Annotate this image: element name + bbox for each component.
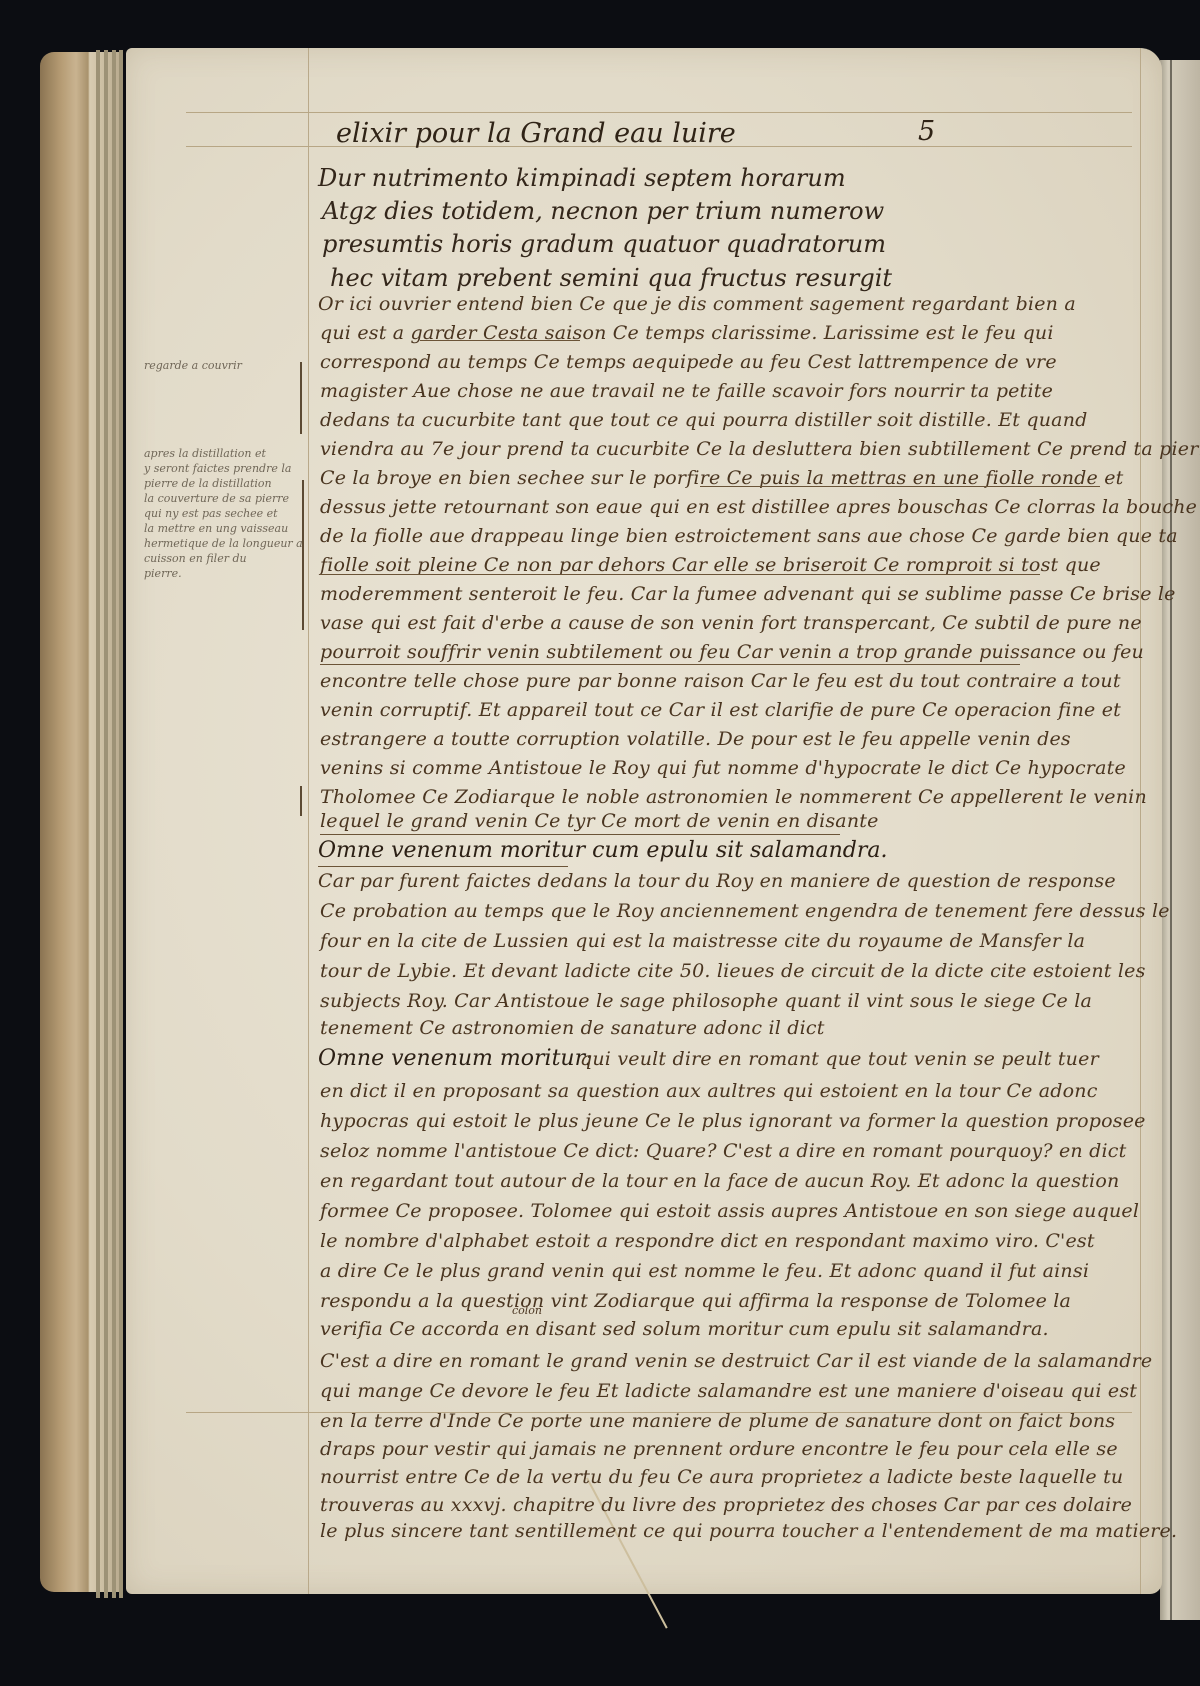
text-line: Ce probation au temps que le Roy ancienn… — [320, 900, 1170, 922]
text-line: le nombre d'alphabet estoit a respondre … — [320, 1230, 1095, 1252]
text-line: subjects Roy. Car Antistoue le sage phil… — [320, 990, 1092, 1012]
margin-note: hermetique de la longueur a — [144, 536, 303, 551]
text-line: pourroit souffrir venin subtilement ou f… — [320, 641, 1144, 663]
text-line: lequel le grand venin Ce tyr Ce mort de … — [320, 810, 879, 832]
ink-underline — [700, 486, 1100, 487]
text-line: trouveras au xxxvj. chapitre du livre de… — [320, 1494, 1132, 1516]
text-line: dedans ta cucurbite tant que tout ce qui… — [320, 409, 1088, 431]
margin-bracket — [302, 480, 310, 630]
text-line: viendra au 7e jour prend ta cucurbite Ce… — [320, 438, 1200, 460]
text-line: a dire Ce le plus grand venin qui est no… — [320, 1260, 1089, 1282]
ink-underline — [318, 866, 568, 867]
leaf-edge — [104, 50, 108, 1598]
text-line: nourrist entre Ce de la vertu du feu Ce … — [320, 1466, 1123, 1488]
ink-underline — [420, 340, 580, 341]
text-line: draps pour vestir qui jamais ne prennent… — [320, 1438, 1118, 1460]
verse-line: presumtis horis gradum quatuor quadrator… — [322, 230, 886, 258]
text-line: de la fiolle aue drappeau linge bien est… — [320, 525, 1178, 547]
text-line: venins si comme Antistoue le Roy qui fut… — [320, 757, 1126, 779]
margin-note: y seront faictes prendre la — [144, 461, 291, 476]
text-line: vase qui est fait d'erbe a cause de son … — [320, 612, 1142, 634]
text-line: magister Aue chose ne aue travail ne te … — [320, 380, 1053, 402]
text-line: correspond au temps Ce temps aequipede a… — [320, 351, 1057, 373]
ink-underline — [320, 574, 1040, 575]
left-margin-rule — [308, 48, 309, 1594]
text-line: dessus jette retournant son eaue qui en … — [320, 496, 1197, 518]
text-line: C'est a dire en romant le grand venin se… — [320, 1350, 1152, 1372]
latin-maxim: Omne venenum moritur cum epulu sit salam… — [318, 838, 887, 863]
margin-note: la mettre en ung vaisseau — [144, 521, 288, 536]
text-line: qui veult dire en romant que tout venin … — [580, 1048, 1099, 1070]
text-line: Or ici ouvrier entend bien Ce que je dis… — [318, 293, 1076, 315]
margin-note: la couverture de sa pierre — [144, 491, 289, 506]
leaf-edge — [119, 50, 123, 1598]
text-line: en regardant tout autour de la tour en l… — [320, 1170, 1119, 1192]
margin-note: qui ny est pas sechee et — [144, 506, 278, 521]
text-line: le plus sincere tant sentillement ce qui… — [320, 1520, 1177, 1542]
text-line: tenement Ce astronomien de sanature adon… — [320, 1017, 825, 1039]
ink-underline — [320, 664, 1020, 665]
text-line: verifia Ce accorda en disant sed solum m… — [320, 1318, 1049, 1340]
text-line: qui mange Ce devore le feu Et ladicte sa… — [320, 1380, 1137, 1402]
margin-note: apres la distillation et — [144, 446, 266, 461]
leaf-edge — [96, 50, 100, 1598]
text-line: fiolle soit pleine Ce non par dehors Car… — [320, 554, 1101, 576]
text-line: venin corruptif. Et appareil tout ce Car… — [320, 699, 1121, 721]
verse-line: hec vitam prebent semini qua fructus res… — [330, 264, 892, 292]
text-line: seloz nomme l'antistoue Ce dict: Quare? … — [320, 1140, 1126, 1162]
margin-note: pierre. — [144, 566, 182, 581]
leaf-edge — [112, 50, 116, 1598]
page-heading: elixir pour la Grand eau luire — [336, 118, 736, 149]
ink-underline — [320, 834, 840, 835]
verse-line: Dur nutrimento kimpinadi septem horarum — [318, 164, 846, 192]
verse-line: Atgz dies totidem, necnon per trium nume… — [322, 197, 884, 225]
text-line: estrangere a toutte corruption volatille… — [320, 728, 1071, 750]
margin-bracket — [300, 786, 308, 816]
page-number: 5 — [918, 116, 935, 147]
text-line: en dict il en proposant sa question aux … — [320, 1080, 1098, 1102]
text-line: encontre telle chose pure par bonne rais… — [320, 670, 1121, 692]
text-line: tour de Lybie. Et devant ladicte cite 50… — [320, 960, 1146, 982]
latin-maxim: Omne venenum moritur: — [318, 1046, 593, 1071]
text-line: moderemment senteroit le feu. Car la fum… — [320, 583, 1176, 605]
top-rule — [186, 112, 1132, 113]
margin-note: pierre de la distillation — [144, 476, 272, 491]
text-line: four en la cite de Lussien qui est la ma… — [320, 930, 1085, 952]
margin-note: cuisson en filer du — [144, 551, 247, 566]
book-fore-edge — [40, 52, 120, 1592]
text-line: Tholomee Ce Zodiarque le noble astronomi… — [320, 786, 1147, 808]
text-line: hypocras qui estoit le plus jeune Ce le … — [320, 1110, 1146, 1132]
interlinear-gloss: colon — [512, 1304, 542, 1317]
margin-note: regarde a couvrir — [144, 358, 242, 373]
text-line: formee Ce proposee. Tolomee qui estoit a… — [320, 1200, 1139, 1222]
text-line: respondu a la question vint Zodiarque qu… — [320, 1290, 1071, 1312]
text-line: en la terre d'Inde Ce porte une maniere … — [320, 1410, 1115, 1432]
margin-bracket — [300, 362, 308, 434]
text-line: Car par furent faictes dedans la tour du… — [318, 870, 1116, 892]
adjacent-page-edge — [1160, 60, 1200, 1620]
